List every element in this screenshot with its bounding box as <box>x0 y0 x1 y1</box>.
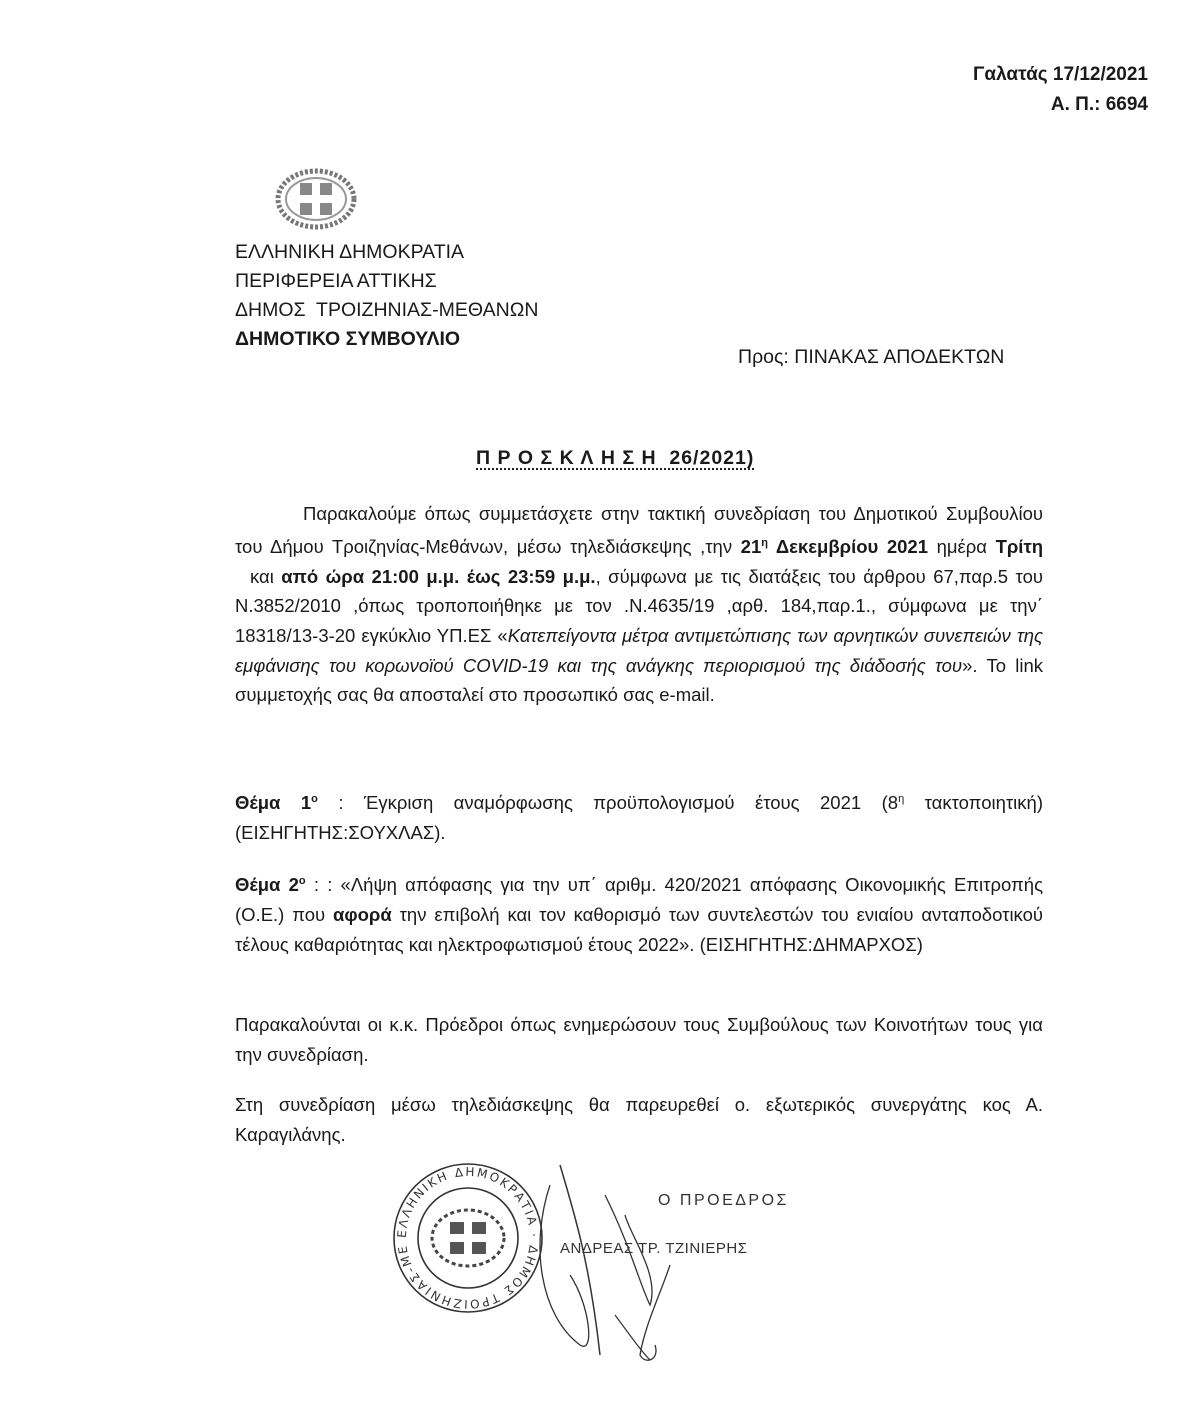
agenda-topic-2: Θέμα 2ο : : «Λήψη απόφασης για την υπ΄ α… <box>235 867 1043 959</box>
meeting-time: από ώρα 21:00 μ.μ. έως 23:59 μ.μ. <box>281 566 595 587</box>
place-date: Γαλατάς 17/12/2021 <box>973 60 1148 90</box>
document-header-meta: Γαλατάς 17/12/2021 Α. Π.: 6694 <box>973 60 1148 120</box>
issuer-line: ΕΛΛΗΝΙΚΗ ΔΗΜΟΚΡΑΤΙΑ <box>235 238 538 267</box>
invitation-paragraph: Παρακαλούμε όπως συμμετάσχετε στην τακτι… <box>235 499 1043 710</box>
handwritten-signature-icon <box>520 1155 720 1375</box>
protocol-number: Α. Π.: 6694 <box>973 90 1148 120</box>
issuer-line: ΔΗΜΟΣ ΤΡΟΙΖΗΝΙΑΣ-ΜΕΘΑΝΩΝ <box>235 296 538 325</box>
agenda-topic-1: Θέμα 1ο : Έγκριση αναμόρφωσης προϋπολογι… <box>235 785 1043 848</box>
weekday: Τρίτη <box>996 536 1043 557</box>
document-title: Π Ρ Ο Σ Κ Λ Η Σ Η 26/2021) <box>476 447 754 470</box>
recipient: Προς: ΠΙΝΑΚΑΣ ΑΠΟΔΕΚΤΩΝ <box>738 346 1004 369</box>
coat-of-arms-icon <box>275 168 357 230</box>
issuer-block: ΕΛΛΗΝΙΚΗ ΔΗΜΟΚΡΑΤΙΑ ΠΕΡΙΦΕΡΕΙΑ ΑΤΤΙΚΗΣ Δ… <box>235 238 538 354</box>
notice-external-partner: Στη συνεδρίαση μέσω τηλεδιάσκεψης θα παρ… <box>235 1090 1043 1149</box>
notice-presidents: Παρακαλούνται οι κ.κ. Πρόεδροι όπως ενημ… <box>235 1010 1043 1069</box>
issuer-line: ΠΕΡΙΦΕΡΕΙΑ ΑΤΤΙΚΗΣ <box>235 267 538 296</box>
council-name: ΔΗΜΟΤΙΚΟ ΣΥΜΒΟΥΛΙΟ <box>235 325 538 354</box>
